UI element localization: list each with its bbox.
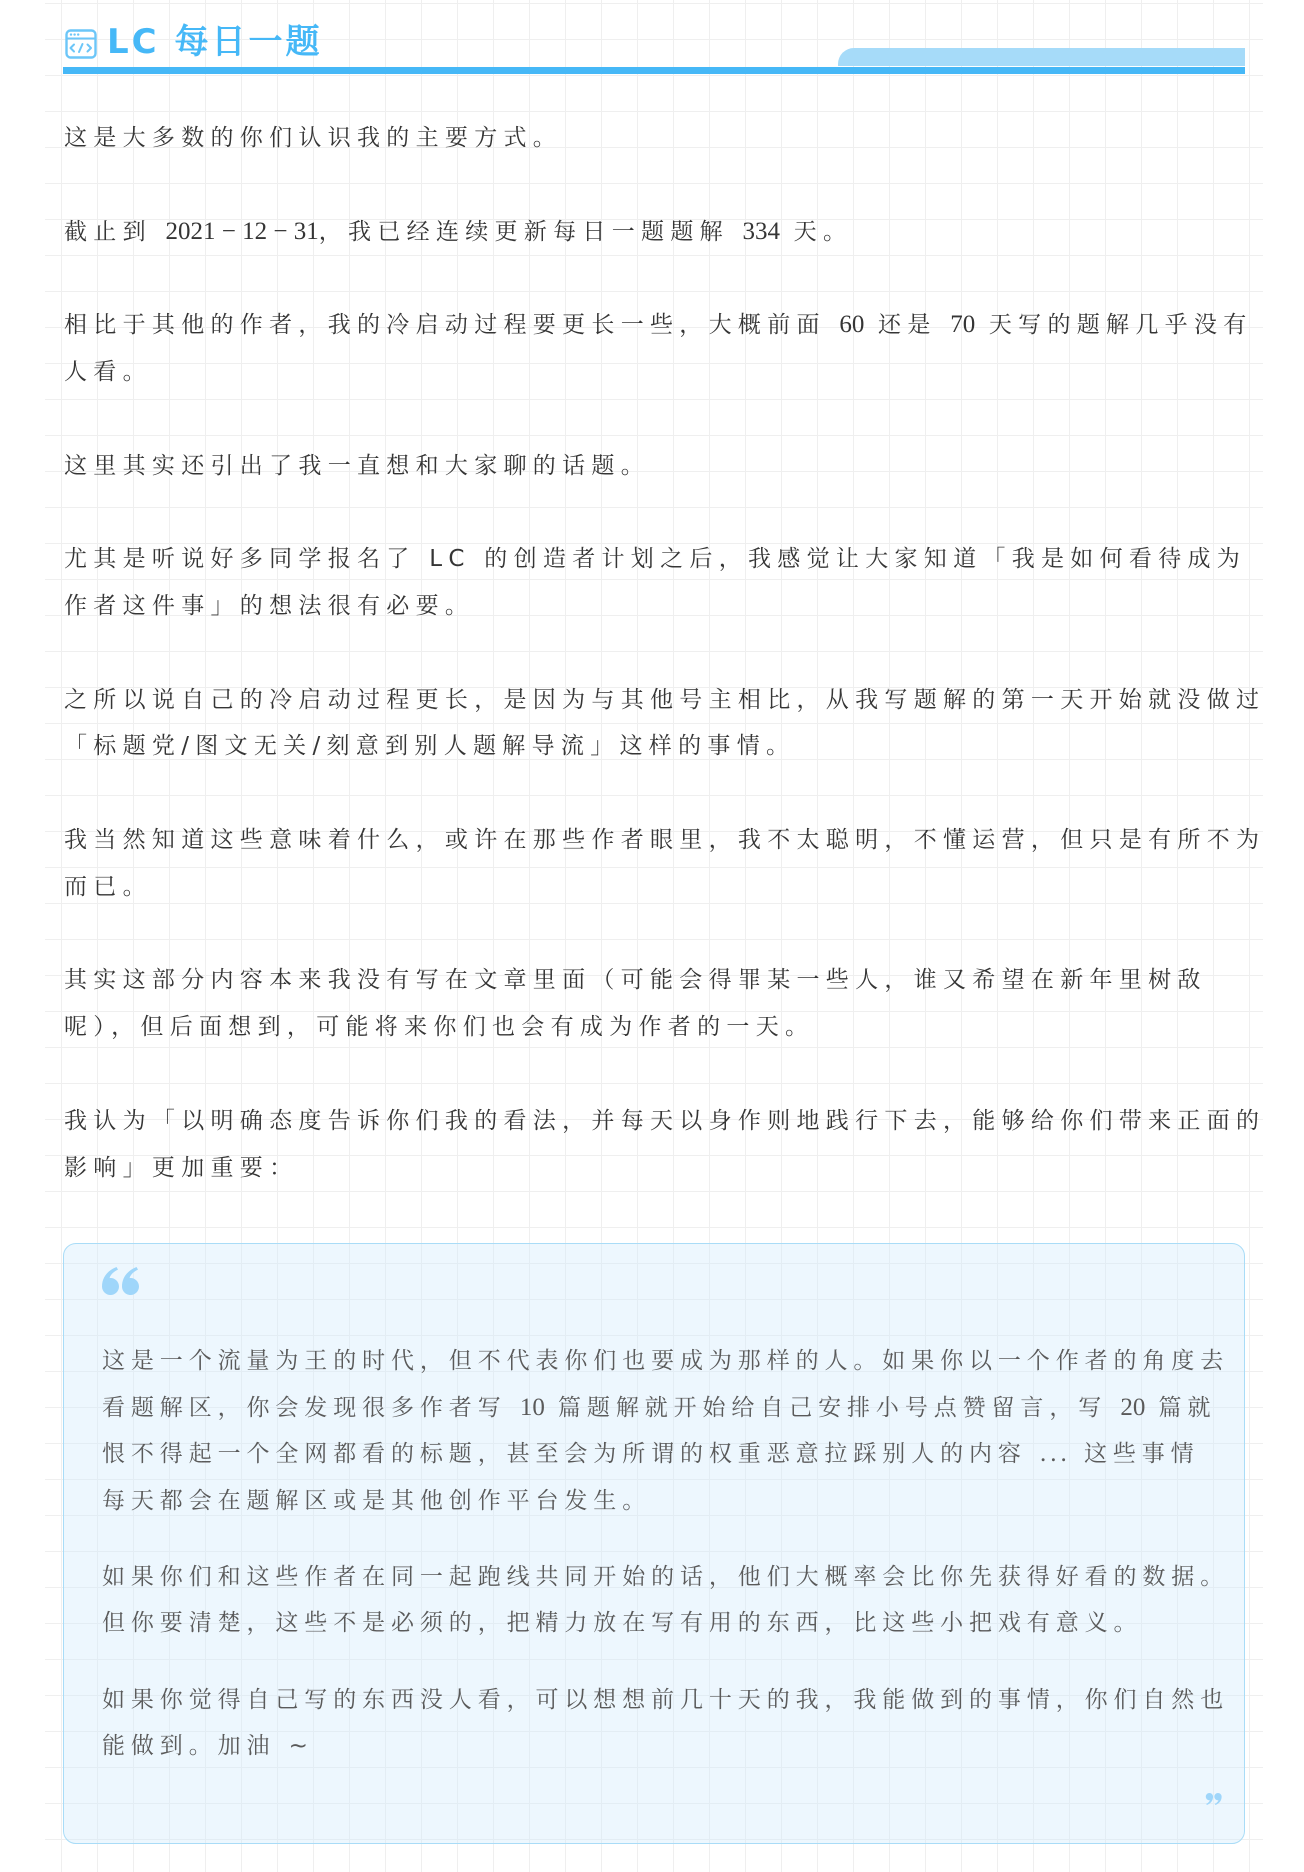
text-line: 但你要清楚，这些不是必须的，把精力放在写有用的东西，比这些小把戏有意义。 [102,1600,1229,1647]
text-line: 我认为「以明确态度告诉你们我的看法，并每天以身作则地践行下去，能够给你们带来正面… [64,1098,1258,1145]
text-line: 相比于其他的作者，我的冷启动过程要更长一些，大概前面 60 还是 70 天写的题… [64,302,1258,349]
text-segment: 影响」更加重要： [64,1155,298,1181]
text-segment: 还是 [864,312,950,338]
day-count-math: 334 [743,218,781,245]
paragraph: 尤其是听说好多同学报名了 LC 的创造者计划之后，我感觉让大家知道「我是如何看待… [64,536,1258,630]
date-math: 2021 − 12 − 31 [166,218,319,245]
text-line: 能做到。加油 ~ [102,1723,1229,1770]
text-segment: 但你要清楚，这些不是必须的，把精力放在写有用的东西，比这些小把戏有意义。 [102,1610,1142,1636]
title-decoration-tab [838,48,1245,66]
text-segment: 这是大多数的你们认识我的主要方式。 [64,125,562,151]
text-segment: 截止到 [64,219,166,245]
number-math: 20 [1120,1394,1145,1421]
text-segment: 这些事情 [1071,1441,1200,1467]
paragraph: 截止到 2021 − 12 − 31，我已经连续更新每日一题题解 334 天。 [64,209,1258,256]
text-line: 这是大多数的你们认识我的主要方式。 [64,115,1258,162]
text-line: 影响」更加重要： [64,1145,1258,1192]
text-segment: 尤其是听说好多同学报名了 LC 的创造者计划之后，我感觉让大家知道「我是如何看待… [64,546,1246,572]
paragraph: 相比于其他的作者，我的冷启动过程要更长一些，大概前面 60 还是 70 天写的题… [64,302,1258,396]
text-segment: 这是一个流量为王的时代，但不代表你们也要成为那样的人。如果你以一个作者的角度去 [102,1348,1229,1374]
quote-paragraph: 如果你觉得自己写的东西没人看，可以想想前几十天的我，我能做到的事情，你们自然也 … [102,1677,1229,1770]
text-line: 呢），但后面想到，可能将来你们也会有成为作者的一天。 [64,1004,1258,1051]
text-segment: 每天都会在题解区或是其他创作平台发生。 [102,1488,651,1514]
text-segment: 我认为「以明确态度告诉你们我的看法，并每天以身作则地践行下去，能够给你们带来正面… [64,1108,1265,1134]
text-line: 我当然知道这些意味着什么，或许在那些作者眼里，我不太聪明，不懂运营，但只是有所不… [64,817,1258,864]
open-quote-icon [102,1267,140,1295]
text-line: 尤其是听说好多同学报名了 LC 的创造者计划之后，我感觉让大家知道「我是如何看待… [64,536,1258,583]
text-segment: 天。 [780,219,852,245]
text-segment: 其实这部分内容本来我没有写在文章里面（可能会得罪某一些人，谁又希望在新年里树敌 [64,967,1207,993]
number-math: 70 [950,311,975,338]
text-line: 如果你们和这些作者在同一起跑线共同开始的话，他们大概率会比你先获得好看的数据。 [102,1554,1229,1601]
text-line: 恨不得起一个全网都看的标题，甚至会为所谓的权重恶意拉踩别人的内容 ... 这些事… [102,1431,1229,1478]
number-math: 60 [839,311,864,338]
code-window-icon [65,29,97,59]
text-line: 而已。 [64,864,1258,911]
text-line: 「标题党/图文无关/刻意到别人题解导流」这样的事情。 [64,723,1258,770]
blockquote: 这是一个流量为王的时代，但不代表你们也要成为那样的人。如果你以一个作者的角度去 … [63,1243,1245,1844]
text-segment: ，我已经连续更新每日一题题解 [319,219,743,245]
text-line: 人看。 [64,349,1258,396]
text-line: 这是一个流量为王的时代，但不代表你们也要成为那样的人。如果你以一个作者的角度去 [102,1338,1229,1385]
text-segment: 篇题解就开始给自己安排小号点赞留言，写 [545,1395,1121,1421]
quote-paragraph: 如果你们和这些作者在同一起跑线共同开始的话，他们大概率会比你先获得好看的数据。 … [102,1554,1229,1647]
text-segment: 之所以说自己的冷启动过程更长，是因为与其他号主相比，从我写题解的第一天开始就没做… [64,687,1265,713]
quote-paragraph: 这是一个流量为王的时代，但不代表你们也要成为那样的人。如果你以一个作者的角度去 … [102,1338,1229,1524]
article-body: 这是大多数的你们认识我的主要方式。 截止到 2021 − 12 − 31，我已经… [64,115,1258,1238]
text-segment: 天写的题解几乎没有 [975,312,1252,338]
text-segment: 看题解区，你会发现很多作者写 [102,1395,520,1421]
text-line: 每天都会在题解区或是其他创作平台发生。 [102,1478,1229,1525]
title-underline [63,67,1245,74]
paragraph: 之所以说自己的冷启动过程更长，是因为与其他号主相比，从我写题解的第一天开始就没做… [64,677,1258,771]
text-segment: 篇就 [1145,1395,1216,1421]
text-segment: 能做到。加油 ~ [102,1733,314,1759]
text-segment: 呢），但后面想到，可能将来你们也会有成为作者的一天。 [64,1014,814,1040]
ellipsis-math: ... [1040,1440,1071,1467]
text-segment: 人看。 [64,359,152,385]
text-segment: 如果你们和这些作者在同一起跑线共同开始的话，他们大概率会比你先获得好看的数据。 [102,1564,1229,1590]
text-line: 看题解区，你会发现很多作者写 10 篇题解就开始给自己安排小号点赞留言，写 20… [102,1385,1229,1432]
text-line: 作者这件事」的想法很有必要。 [64,583,1258,630]
text-segment: 作者这件事」的想法很有必要。 [64,593,474,619]
text-segment: 而已。 [64,874,152,900]
text-segment: 我当然知道这些意味着什么，或许在那些作者眼里，我不太聪明，不懂运营，但只是有所不… [64,827,1265,853]
text-line: 之所以说自己的冷启动过程更长，是因为与其他号主相比，从我写题解的第一天开始就没做… [64,677,1258,724]
text-segment: 如果你觉得自己写的东西没人看，可以想想前几十天的我，我能做到的事情，你们自然也 [102,1687,1229,1713]
quote-text: 这是一个流量为王的时代，但不代表你们也要成为那样的人。如果你以一个作者的角度去 … [102,1338,1229,1799]
text-line: 如果你觉得自己写的东西没人看，可以想想前几十天的我，我能做到的事情，你们自然也 [102,1677,1229,1724]
page-title: LC 每日一题 [107,19,322,66]
text-segment: 这里其实还引出了我一直想和大家聊的话题。 [64,453,650,479]
paragraph: 我认为「以明确态度告诉你们我的看法，并每天以身作则地践行下去，能够给你们带来正面… [64,1098,1258,1192]
paragraph: 我当然知道这些意味着什么，或许在那些作者眼里，我不太聪明，不懂运营，但只是有所不… [64,817,1258,911]
paragraph: 这是大多数的你们认识我的主要方式。 [64,115,1258,162]
text-segment: 相比于其他的作者，我的冷启动过程要更长一些，大概前面 [64,312,839,338]
close-quote-icon [1205,1793,1222,1805]
text-line: 截止到 2021 − 12 − 31，我已经连续更新每日一题题解 334 天。 [64,209,1258,256]
text-line: 其实这部分内容本来我没有写在文章里面（可能会得罪某一些人，谁又希望在新年里树敌 [64,957,1258,1004]
paragraph: 其实这部分内容本来我没有写在文章里面（可能会得罪某一些人，谁又希望在新年里树敌 … [64,957,1258,1051]
text-segment: 「标题党/图文无关/刻意到别人题解导流」这样的事情。 [64,733,795,759]
text-line: 这里其实还引出了我一直想和大家聊的话题。 [64,443,1258,490]
paragraph: 这里其实还引出了我一直想和大家聊的话题。 [64,443,1258,490]
text-segment: 恨不得起一个全网都看的标题，甚至会为所谓的权重恶意拉踩别人的内容 [102,1441,1040,1467]
number-math: 10 [520,1394,545,1421]
